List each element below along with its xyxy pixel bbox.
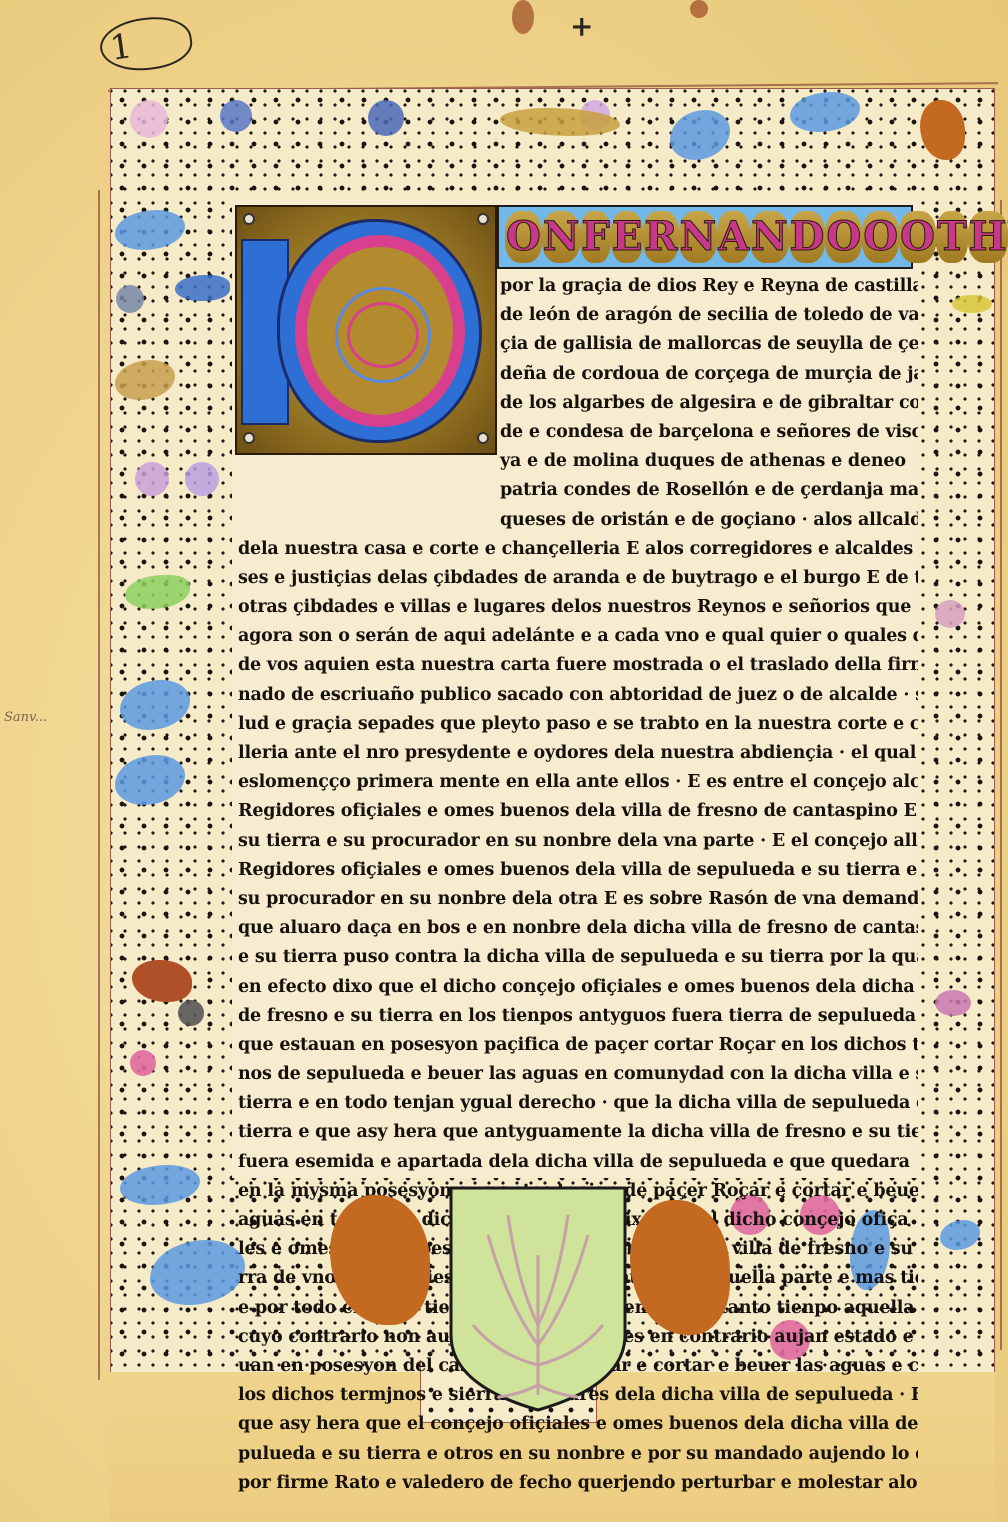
text-line: de vos aquien esta nuestra carta fuere m…	[238, 651, 918, 680]
text-line: por la graçia de dios Rey e Reyna de cas…	[238, 272, 918, 301]
text-line: su procurador en su nonbre dela otra E e…	[238, 885, 918, 914]
text-line: su tierra e su procurador en su nonbre d…	[238, 827, 918, 856]
banner-letter: O	[825, 211, 862, 263]
text-line: Regidores ofiçiales e omes buenos dela v…	[238, 797, 918, 826]
ruling-line-right	[1000, 200, 1002, 1350]
thistle-icon	[178, 1000, 204, 1026]
text-line: deña de cordoua de corçega de murçia de …	[238, 360, 918, 389]
text-line: tierra e que asy hera que antyguamente l…	[238, 1118, 918, 1147]
title-banner: O N F E R N A N D O O O T H Y S	[497, 205, 913, 269]
banner-letter: N	[542, 211, 581, 263]
banner-letter: D	[789, 211, 826, 263]
text-line: nos de sepulueda e beuer las aguas en co…	[238, 1060, 918, 1089]
text-line: patria condes de Rosellón e de çerdanja …	[238, 476, 918, 505]
text-line: de e condesa de barçelona e señores de v…	[238, 418, 918, 447]
flower-icon	[116, 285, 144, 313]
rose-icon	[130, 1050, 156, 1076]
rivet-icon	[243, 213, 255, 225]
rivet-icon	[477, 213, 489, 225]
text-line: eslomençço primera mente en ella ante el…	[238, 768, 918, 797]
text-line: dela nuestra casa e corte e chançelleria…	[238, 535, 918, 564]
cross-mark: +	[570, 10, 593, 43]
text-line: de los algarbes de algesira e de gibralt…	[238, 389, 918, 418]
folio-number: 1	[108, 26, 135, 69]
flower-icon	[130, 100, 168, 138]
banner-letter: O	[505, 211, 542, 263]
text-line: otras çibdades e villas e lugares delos …	[238, 593, 918, 622]
text-line: e su tierra puso contra la dicha villa d…	[238, 943, 918, 972]
ink-stain	[690, 0, 708, 18]
text-line: que asy hera que el conçejo ofiçiales e …	[238, 1410, 918, 1439]
banner-letter: O	[899, 211, 936, 263]
flower-icon	[935, 600, 965, 628]
bird-icon	[952, 295, 992, 313]
flower-icon	[135, 462, 169, 496]
banner-letter: F	[580, 211, 610, 263]
banner-letter: H	[968, 211, 1008, 263]
text-line: por firme Rato e valedero de fecho querj…	[238, 1469, 918, 1498]
flower-icon	[220, 100, 252, 132]
text-line: que aluaro daça en bos e en nonbre dela …	[238, 914, 918, 943]
text-line: en efecto dixo que el dicho conçejo ofiç…	[238, 973, 918, 1002]
text-line: ses e justiçias delas çibdades de aranda…	[238, 564, 918, 593]
banner-letter: N	[750, 211, 789, 263]
ink-stain	[512, 0, 534, 34]
banner-letter: E	[611, 211, 644, 263]
text-line: nado de escriuaño publico sacado con abt…	[238, 681, 918, 710]
bird-icon	[175, 275, 230, 301]
text-line: de fresno e su tierra en los tienpos ant…	[238, 1002, 918, 1031]
folio-number-mark: 1	[97, 12, 195, 76]
text-line: queses de oristán e de goçiano · alos al…	[238, 506, 918, 535]
text-line: de león de aragón de secilia de toledo d…	[238, 301, 918, 330]
text-line: pulueda e su tierra e otros en su nonbre…	[238, 1440, 918, 1469]
text-line: ya e de molina duques de athenas e deneo	[238, 447, 918, 476]
banner-letter: T	[936, 211, 968, 263]
ruling-line-left	[98, 190, 100, 1380]
flower-icon	[935, 990, 971, 1016]
banner-letter: A	[717, 211, 750, 263]
flower-icon	[185, 462, 219, 496]
text-line: tierra e en todo tenjan ygual derecho · …	[238, 1089, 918, 1118]
banner-letter: R	[643, 211, 678, 263]
text-line: fuera esemida e apartada dela dicha vill…	[238, 1148, 918, 1177]
text-line: agora son o serán de aqui adelánte e a c…	[238, 622, 918, 651]
flower-icon	[368, 100, 404, 136]
margin-note: Sanv...	[4, 710, 47, 725]
shield-icon	[448, 1185, 628, 1413]
text-line: Regidores ofiçiales e omes buenos dela v…	[238, 856, 918, 885]
banner-letter: O	[862, 211, 899, 263]
text-line: lud e graçia sepades que pleyto paso e s…	[238, 710, 918, 739]
banner-letter: N	[679, 211, 718, 263]
text-line: lleria ante el nro presydente e oydores …	[238, 739, 918, 768]
text-line: que estauan en posesyon paçifica de paçe…	[238, 1031, 918, 1060]
text-line: çia de gallisia de mallorcas de seuylla …	[238, 330, 918, 359]
